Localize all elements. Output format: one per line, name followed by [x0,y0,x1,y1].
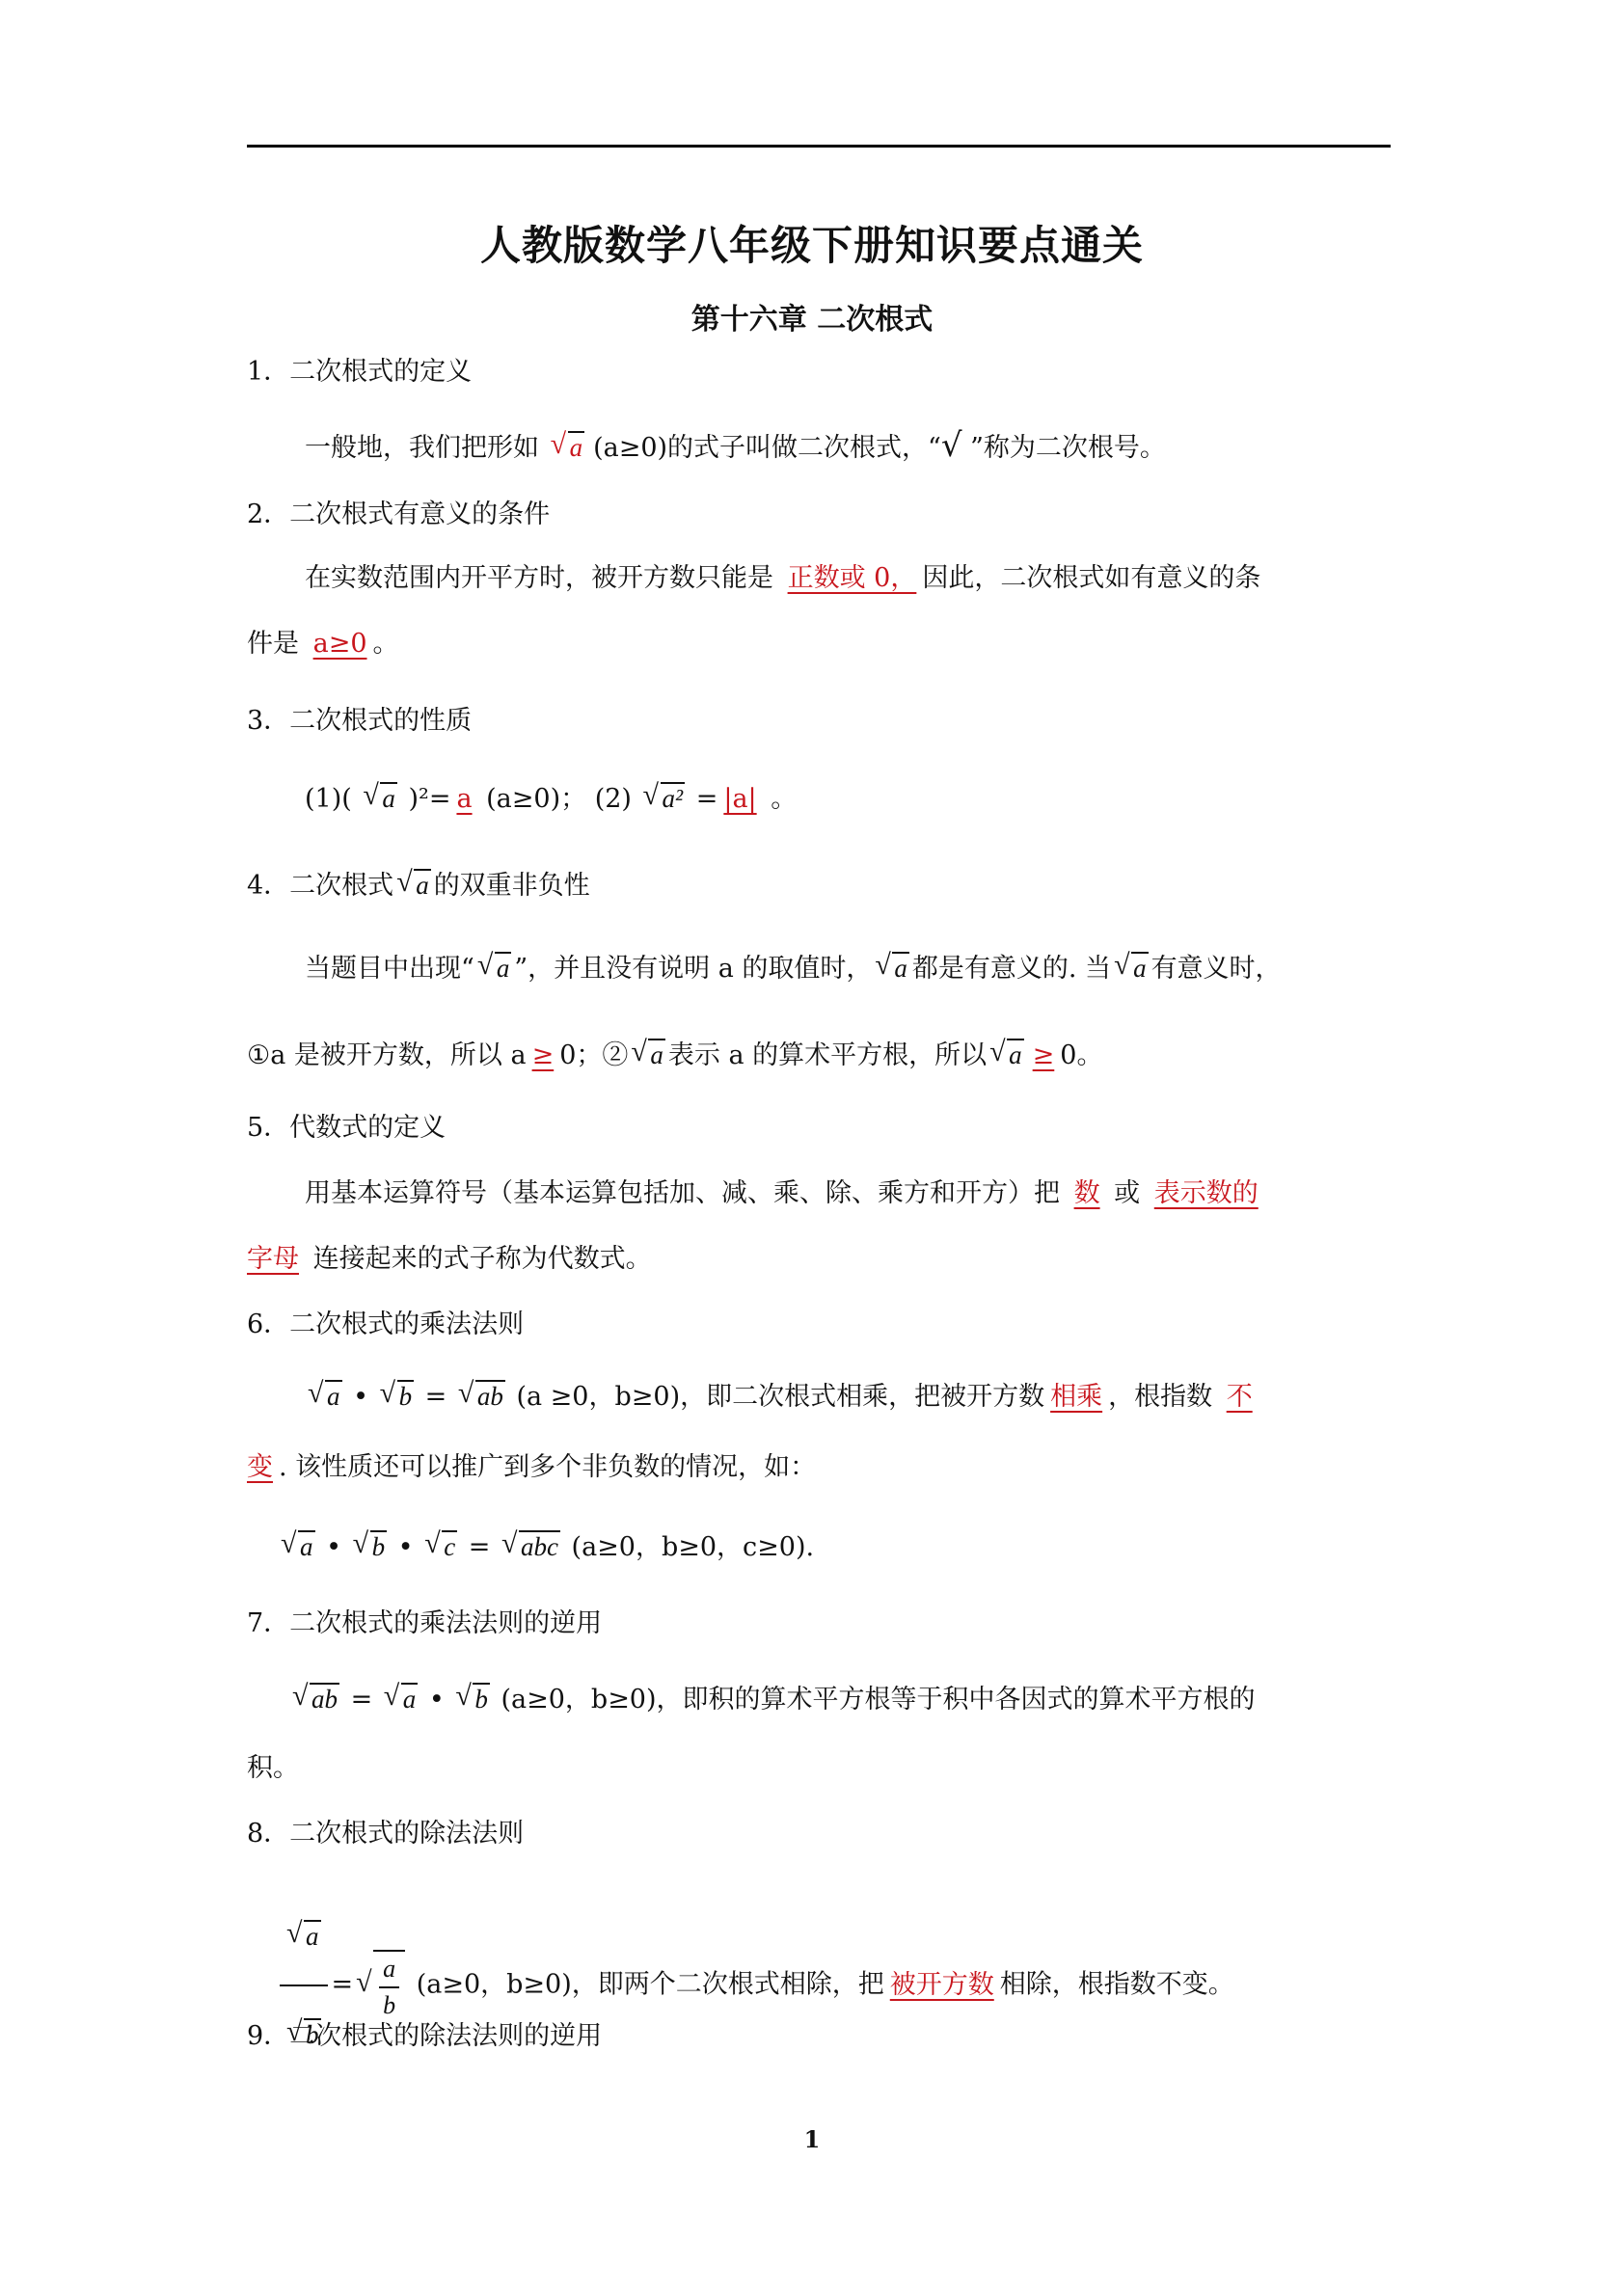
section-7-heading: 7．二次根式的乘法法则的逆用 [247,1605,602,1643]
text: 4．二次根式 [247,871,393,901]
text: 一般地，我们把形如 [305,433,548,463]
text: 相除，根指数不变。 [1000,1970,1234,2000]
text: 。 [763,784,798,814]
section-5-body-line2: 字母 连接起来的式子称为代数式。 [247,1240,652,1279]
sqrt-expression: a [989,1036,1024,1074]
section-2-body-line1: 在实数范围内开平方时，被开方数只能是 正数或 0，因此，二次根式如有意义的条 [305,559,1260,598]
radicand: ab [310,1683,339,1714]
radicand: ab [475,1380,505,1411]
text: 当题目中出现“ [305,954,474,984]
text: = [417,1382,455,1412]
sqrt-expression: a [396,866,431,904]
text: (a≥0)； (2) [478,784,640,814]
radicand: a [325,1380,342,1411]
text: (a ≥0，b≥0)，即二次根式相乘，把被开方数 [508,1382,1044,1412]
radicand: a [568,431,585,462]
radicand: a [304,1920,321,1951]
radicand: abc [519,1530,560,1561]
answer-blank: 正数或 0， [782,563,923,593]
sqrt-expression: b [455,1680,490,1718]
radicand: a [379,1952,399,1988]
sqrt-expression: a [1114,949,1149,987]
answer-blank: 被开方数 [884,1970,1000,2000]
text: 都是有意义的. 当 [912,954,1111,984]
radical-symbol-icon: √ [941,426,962,465]
text: (a≥0，b≥0，c≥0). [563,1532,814,1562]
section-2-body-line2: 件是 a≥0。 [247,625,399,663]
answer-blank: a≥0 [308,629,373,659]
text: 件是 [247,629,308,659]
sqrt-expression: a [281,1527,315,1566]
text: ”，并且没有说明 a 的取值时， [514,954,872,984]
answer-blank: 表示数的 [1149,1178,1264,1208]
sqrt-expression: a [363,779,397,818]
radicand: a [414,869,431,900]
answer-blank: a [450,784,477,814]
radicand: a [401,1683,419,1714]
header-rule [247,145,1391,148]
section-5-heading: 5．代数式的定义 [247,1109,446,1147]
radicand: b [370,1530,388,1561]
radicand: b [473,1683,490,1714]
section-7-body-line2: 积。 [247,1749,299,1788]
text: • [345,1382,377,1412]
sqrt-expression: c [424,1527,457,1566]
section-4-heading: 4．二次根式a的双重非负性 [247,866,590,905]
text: 0。 [1060,1040,1102,1070]
sqrt-expression: a² [643,779,686,818]
section-8-heading: 8．二次根式的除法法则 [247,1815,524,1853]
sqrt-expression: ab [458,1377,505,1416]
text: 的双重非负性 [434,871,590,901]
text: 或 [1106,1178,1149,1208]
text: 有意义时， [1151,954,1282,984]
answer-blank: |a| [717,784,762,814]
radicand: a² [661,782,686,813]
text: . 该性质还可以推广到多个非负数的情况，如： [279,1452,816,1482]
text: 。 [373,629,399,659]
answer-blank: 相乘 [1044,1382,1108,1412]
sqrt-expression: b [380,1377,415,1416]
section-1-body: 一般地，我们把形如 a(a≥0)的式子叫做二次根式，“√ ”称为二次根号。 [305,426,1166,468]
radicand: a [1131,952,1149,983]
answer-blank: ≥ [527,1040,560,1070]
page-number: 1 [0,2125,1624,2153]
text: 因此，二次根式如有意义的条 [922,563,1260,593]
radicand: b [397,1380,415,1411]
section-6-body-line1: a • b = ab (a ≥0，b≥0)，即二次根式相乘，把被开方数相乘，根指… [305,1377,1259,1417]
answer-blank: ≥ [1027,1040,1061,1070]
answer-blank: 字母 [247,1244,305,1274]
text: (a≥0)的式子叫做二次根式，“ [593,433,941,463]
text: = [342,1685,381,1714]
text: ①a 是被开方数，所以 a [247,1040,527,1070]
section-6-body-line3: a • b • c = abc (a≥0，b≥0，c≥0). [278,1527,814,1567]
radicand: a [892,952,909,983]
answer-blank: 不 [1221,1382,1259,1412]
sqrt-expression: ab [292,1680,339,1718]
text: 连接起来的式子称为代数式。 [305,1244,652,1274]
sqrt-expression: abc [501,1527,560,1566]
section-2-heading: 2．二次根式有意义的条件 [247,496,550,534]
sqrt-expression: a [308,1377,342,1416]
radicand: a [648,1039,665,1069]
text: 表示 a 的算术平方根，所以 [668,1040,987,1070]
section-5-body-line1: 用基本运算符号（基本运算包括加、减、乘、除、乘方和开方）把 数 或 表示数的 [305,1174,1264,1213]
section-4-body-line1: 当题目中出现“a”，并且没有说明 a 的取值时，a都是有意义的. 当a有意义时， [305,949,1282,988]
text: (a≥0，b≥0)，即积的算术平方根等于积中各因式的算术平方根的 [493,1685,1256,1714]
text: 在实数范围内开平方时，被开方数只能是 [305,563,782,593]
text: 用基本运算符号（基本运算包括加、减、乘、除、乘方和开方）把 [305,1178,1069,1208]
radicand: a [380,782,397,813]
radicand: a [495,952,512,983]
radicand: a [1007,1039,1024,1069]
document-title: 人教版数学八年级下册知识要点通关 [0,214,1624,272]
text: (a≥0，b≥0)，即两个二次根式相除，把 [408,1970,884,2000]
sqrt-expression: b [353,1527,388,1566]
radicand: a [298,1530,315,1561]
section-9-heading: 9．二次根式的除法法则的逆用 [247,2017,602,2056]
sqrt-expression: a [875,949,909,987]
section-4-body-line2: ①a 是被开方数，所以 a≥0；②a表示 a 的算术平方根，所以a≥0。 [247,1036,1102,1075]
sqrt-expression: a [384,1680,419,1718]
answer-blank: 变 [247,1452,279,1482]
sqrt-expression: a [551,428,591,467]
section-6-heading: 6．二次根式的乘法法则 [247,1306,524,1344]
section-7-body-line1: ab = a • b (a≥0，b≥0)，即积的算术平方根等于积中各因式的算术平… [289,1680,1256,1719]
sqrt-expression: a [631,1036,665,1074]
chapter-title: 第十六章 二次根式 [0,295,1624,337]
section-6-body-line2: 变. 该性质还可以推广到多个非负数的情况，如： [247,1448,816,1487]
text: (1)( [305,784,360,814]
answer-blank: 数 [1069,1178,1106,1208]
text: 0；② [559,1040,628,1070]
sqrt-expression: a [477,949,512,987]
text: )²= [400,784,451,814]
section-3-heading: 3．二次根式的性质 [247,702,472,741]
text: = [688,784,717,814]
text: ，根指数 [1108,1382,1221,1412]
text: ”称为二次根号。 [962,433,1166,463]
section-3-body: (1)( a )²=a (a≥0)； (2) a² =|a| 。 [305,779,797,819]
radicand: c [442,1530,457,1561]
section-1-heading: 1．二次根式的定义 [247,353,472,391]
